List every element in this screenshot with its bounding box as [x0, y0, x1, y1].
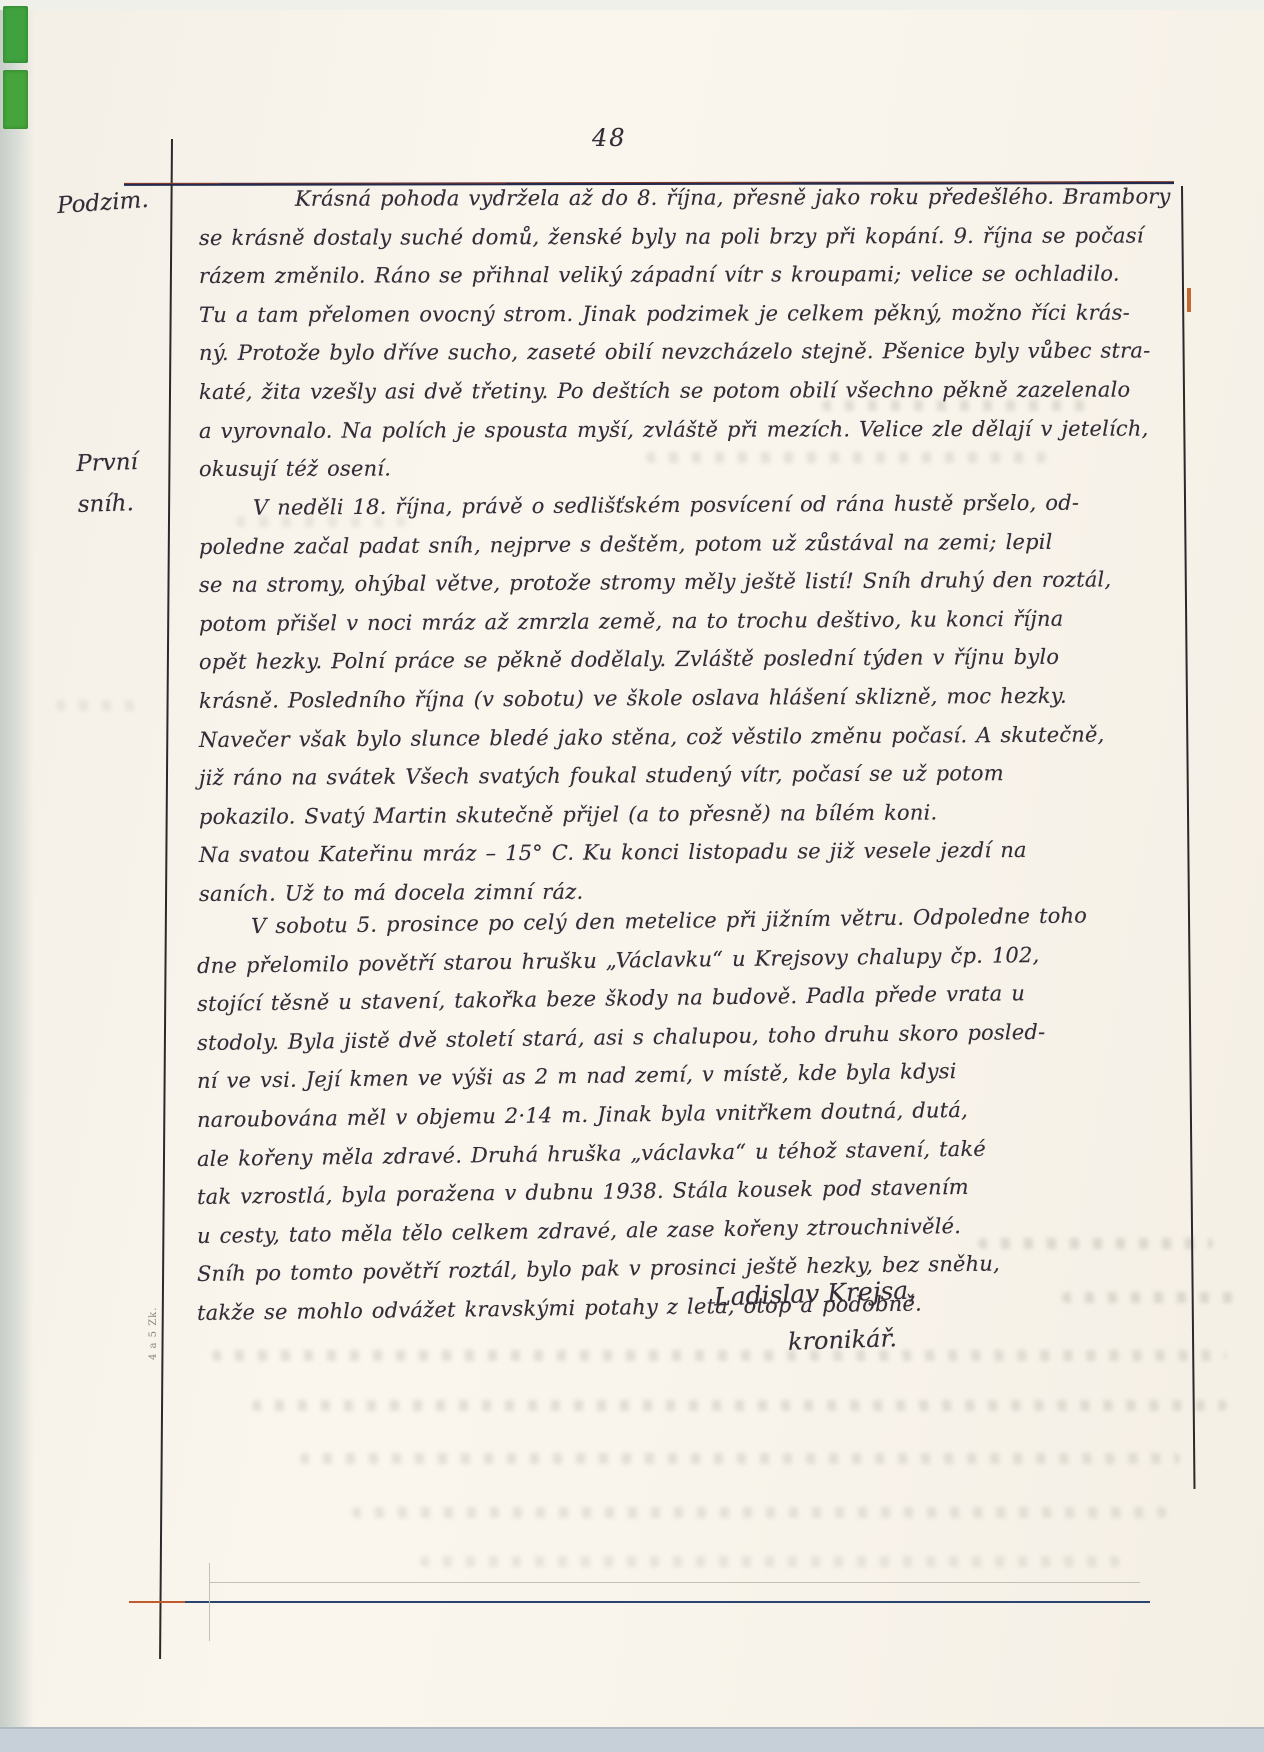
handwritten-line: Krásná pohoda vydržela až do 8. října, p… — [199, 178, 1101, 219]
green-index-tab-bottom — [3, 70, 28, 129]
scan-left-edge-shadow — [0, 0, 34, 1752]
margin-note-first-snow: Prvnísníh. — [76, 442, 140, 526]
handwritten-line: poledne začal padat sníh, nejprve s dešt… — [199, 522, 1101, 566]
handwritten-line: Tu a tam přelomen ovocný strom. Jinak po… — [199, 293, 1101, 334]
bleed-through-smudge — [212, 1350, 1227, 1361]
handwritten-line: Na svatou Kateřinu mráz – 15° C. Ku konc… — [199, 831, 1101, 875]
margin-note-line: První — [76, 442, 139, 485]
bleed-through-smudge — [300, 1453, 1180, 1464]
handwritten-line: opět hezky. Polní práce se pěkně dodělal… — [199, 638, 1101, 682]
handwritten-line: katé, žita vzešly asi dvě třetiny. Po de… — [199, 371, 1101, 412]
scanned-chronicle-page: { "page_number": "48", "margin_notes": {… — [0, 0, 1264, 1752]
handwritten-line: rázem změnilo. Ráno se přihnal veliký zá… — [199, 255, 1101, 296]
spine-mark: 4 a 5 Zk. — [148, 1307, 159, 1360]
pencil-guide-horizontal — [210, 1582, 1140, 1583]
margin-note-autumn: Podzim. — [56, 187, 149, 219]
orange-margin-tick — [1187, 288, 1191, 312]
signature-role: kronikář. — [788, 1324, 898, 1356]
handwritten-line: V neděli 18. října, právě o sedlišťském … — [199, 483, 1101, 527]
green-index-tab-top — [3, 6, 28, 63]
handwritten-line: pokazilo. Svatý Martin skutečně přijel (… — [199, 792, 1101, 836]
bleed-through-smudge — [252, 1400, 1227, 1411]
handwritten-line: se na stromy, ohýbal větve, protože stro… — [199, 561, 1101, 605]
handwritten-line: ný. Protože bylo dříve sucho, zaseté obi… — [199, 332, 1101, 373]
handwritten-line: se krásně dostaly suché domů, ženské byl… — [199, 216, 1101, 257]
handwritten-line: již ráno na svátek Všech svatých foukal … — [199, 754, 1101, 798]
bleed-through-smudge — [56, 700, 146, 711]
paragraph-autumn: Krásná pohoda vydržela až do 8. října, p… — [199, 180, 1101, 489]
left-frame-line — [159, 139, 173, 1659]
handwritten-line: krásně. Posledního října (v sobotu) ve š… — [199, 676, 1101, 720]
bleed-through-smudge — [352, 1507, 1167, 1518]
page-number: 48 — [592, 124, 627, 152]
paragraph-first-snow: V neděli 18. října, právě o sedlišťském … — [199, 489, 1101, 914]
margin-note-line: sníh. — [77, 483, 140, 526]
handwritten-line: a vyrovnalo. Na polích je spousta myší, … — [199, 409, 1101, 450]
bottom-rule-line — [129, 1601, 1150, 1603]
scan-top-edge — [0, 0, 1264, 10]
handwritten-line: Navečer však bylo slunce bledé jako stěn… — [199, 715, 1101, 759]
scan-bottom-edge-bar — [0, 1727, 1264, 1752]
handwritten-line: potom přišel v noci mráz až zmrzla země,… — [199, 599, 1101, 643]
handwritten-line: okusují též osení. — [199, 448, 1101, 489]
pencil-guide-vertical — [209, 1563, 210, 1641]
bleed-through-smudge — [420, 1556, 1120, 1567]
paragraph-december-storm: V sobotu 5. prosince po celý den metelic… — [197, 908, 1099, 1333]
